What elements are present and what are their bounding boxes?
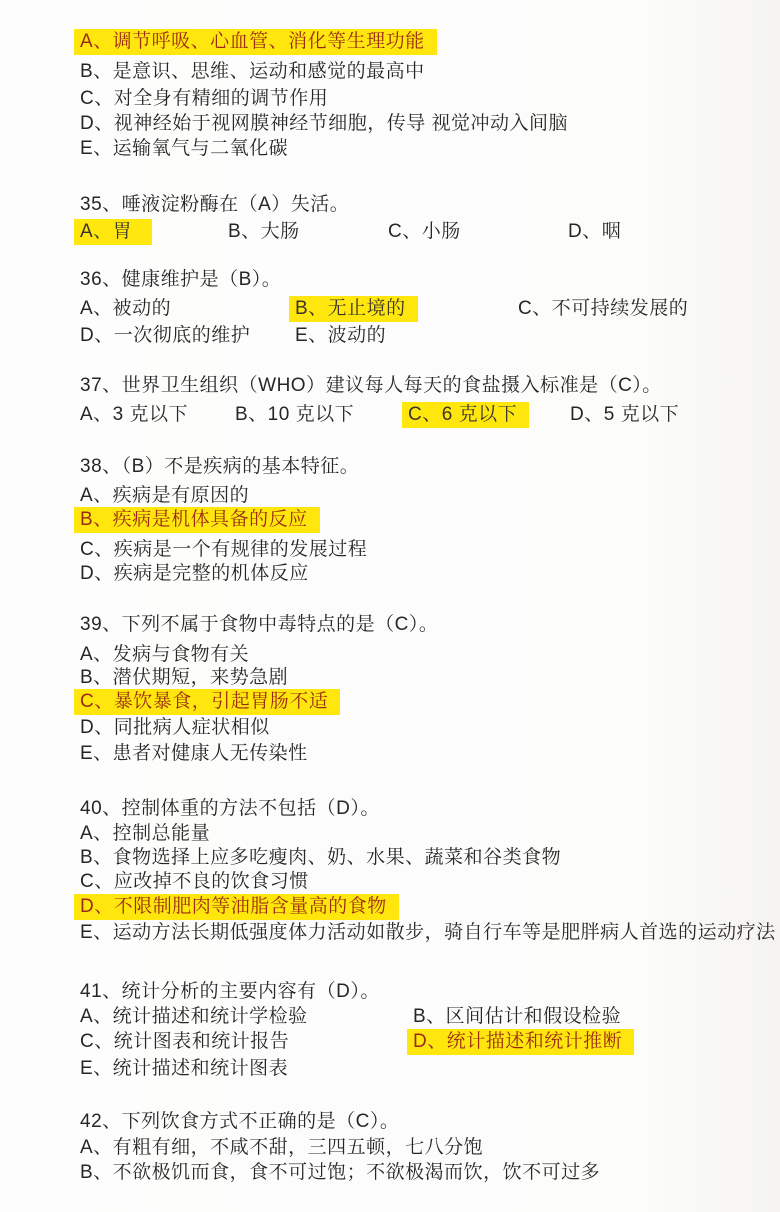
highlighted-answer-41-d: D、统计描述和统计推断 xyxy=(413,1030,634,1054)
question-39-title: 39、下列不属于食物中毒特点的是（C）。 xyxy=(80,613,438,639)
option-39-c-line: C、暴饮暴食，引起胃肠不适 xyxy=(80,690,340,716)
option-41-c: C、统计图表和统计报告 xyxy=(80,1030,289,1054)
option-36-c: C、不可持续发展的 xyxy=(518,297,688,321)
question-36-options-row-1: A、被动的 B、无止境的 C、不可持续发展的 xyxy=(0,297,780,323)
question-35-title: 35、唾液淀粉酶在（A）失活。 xyxy=(80,193,349,219)
option-40-b: B、食物选择上应多吃瘦肉、奶、水果、蔬菜和谷类食物 xyxy=(80,846,561,872)
option-41-a: A、统计描述和统计学检验 xyxy=(80,1005,308,1029)
question-37-options-row: A、3 克以下 B、10 克以下 C、6 克以下 D、5 克以下 xyxy=(0,403,780,429)
option-42-b: B、不欲极饥而食，食不可过饱；不欲极渴而饮，饮不可过多 xyxy=(80,1161,600,1187)
option-34-d: D、视神经始于视网膜神经节细胞，传导 视觉冲动入间脑 xyxy=(80,112,568,138)
option-40-a: A、控制总能量 xyxy=(80,822,210,848)
option-42-a: A、有粗有细，不咸不甜，三四五顿，七八分饱 xyxy=(80,1136,483,1162)
highlighted-answer-39-c: C、暴饮暴食，引起胃肠不适 xyxy=(74,689,340,715)
question-36-options-row-2: D、一次彻底的维护 E、波动的 xyxy=(0,324,780,350)
option-34-e: E、运输氧气与二氧化碳 xyxy=(80,137,288,163)
option-36-a: A、被动的 xyxy=(80,297,171,321)
question-36-title: 36、健康维护是（B）。 xyxy=(80,268,281,294)
option-37-d: D、5 克以下 xyxy=(570,403,679,427)
option-38-b-line: B、疾病是机体具备的反应 xyxy=(80,508,320,534)
question-40-title: 40、控制体重的方法不包括（D）。 xyxy=(80,797,380,823)
option-35-c: C、小肠 xyxy=(388,220,461,244)
exam-document-page: A、调节呼吸、心血管、消化等生理功能 B、是意识、思维、运动和感觉的最高中 C、… xyxy=(0,0,780,1212)
option-41-b: B、区间估计和假设检验 xyxy=(413,1005,621,1029)
option-34-a-line: A、调节呼吸、心血管、消化等生理功能 xyxy=(80,30,437,56)
option-35-d: D、咽 xyxy=(568,220,621,244)
question-41-options-row-2: C、统计图表和统计报告 D、统计描述和统计推断 xyxy=(0,1030,780,1056)
question-41-title: 41、统计分析的主要内容有（D）。 xyxy=(80,980,380,1006)
question-37-title: 37、世界卫生组织（WHO）建议每人每天的食盐摄入标准是（C）。 xyxy=(80,374,662,400)
option-40-c: C、应改掉不良的饮食习惯 xyxy=(80,870,309,896)
highlighted-answer-37-c: C、6 克以下 xyxy=(408,403,529,427)
option-37-b: B、10 克以下 xyxy=(235,403,354,427)
option-38-d: D、疾病是完整的机体反应 xyxy=(80,562,309,588)
option-34-b: B、是意识、思维、运动和感觉的最高中 xyxy=(80,60,425,86)
question-42-title: 42、下列饮食方式不正确的是（C）。 xyxy=(80,1110,399,1136)
option-41-e: E、统计描述和统计图表 xyxy=(80,1057,288,1083)
highlighted-answer-34-a: A、调节呼吸、心血管、消化等生理功能 xyxy=(74,29,437,55)
question-41-options-row-1: A、统计描述和统计学检验 B、区间估计和假设检验 xyxy=(0,1005,780,1031)
highlighted-answer-36-b: B、无止境的 xyxy=(295,297,418,321)
option-35-b: B、大肠 xyxy=(228,220,300,244)
option-40-e: E、运动方法长期低强度体力活动如散步，骑自行车等是肥胖病人首选的运动疗法 xyxy=(80,921,776,947)
highlighted-answer-40-d: D、不限制肥肉等油脂含量高的食物 xyxy=(74,894,399,920)
option-36-e: E、波动的 xyxy=(295,324,386,348)
question-35-options-row: A、胃 B、大肠 C、小肠 D、咽 xyxy=(0,220,780,246)
option-37-a: A、3 克以下 xyxy=(80,403,188,427)
highlighted-answer-38-b: B、疾病是机体具备的反应 xyxy=(74,507,320,533)
option-38-c: C、疾病是一个有规律的发展过程 xyxy=(80,538,367,564)
option-36-d: D、一次彻底的维护 xyxy=(80,324,250,348)
option-39-d: D、同批病人症状相似 xyxy=(80,716,270,742)
highlighted-answer-35-a: A、胃 xyxy=(80,220,152,244)
option-34-c: C、对全身有精细的调节作用 xyxy=(80,87,328,113)
option-39-e: E、患者对健康人无传染性 xyxy=(80,742,308,768)
option-40-d-line: D、不限制肥肉等油脂含量高的食物 xyxy=(80,895,399,921)
question-38-title: 38、（B）不是疾病的基本特征。 xyxy=(80,455,359,481)
